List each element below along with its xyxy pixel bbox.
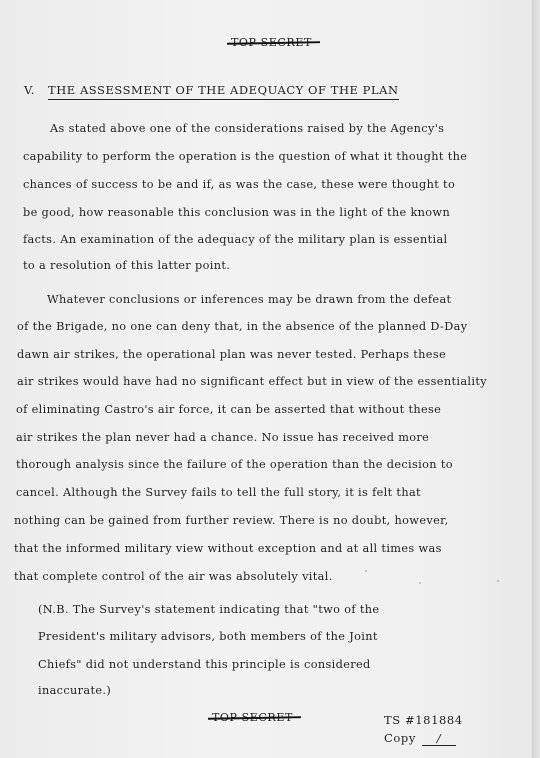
- paragraph-line: cancel. Although the Survey fails to tel…: [16, 486, 421, 500]
- copy-line: Copy/: [384, 731, 456, 746]
- copy-number: /: [422, 732, 456, 746]
- paragraph-line: chances of success to be and if, as was …: [23, 178, 455, 192]
- paragraph-line: that complete control of the air was abs…: [14, 570, 333, 584]
- section-number: V.: [24, 83, 35, 97]
- paragraph-line: As stated above one of the consideration…: [50, 122, 444, 136]
- paragraph-line: Whatever conclusions or inferences may b…: [47, 293, 451, 307]
- paragraph-line: that the informed military view without …: [14, 542, 442, 556]
- page-edge: [532, 0, 540, 758]
- note-line: President's military advisors, both memb…: [38, 630, 378, 644]
- classification-bottom: TOP SECRET: [212, 711, 293, 724]
- section-title: THE ASSESSMENT OF THE ADEQUACY OF THE PL…: [48, 83, 399, 100]
- paragraph-line: facts. An examination of the adequacy of…: [23, 233, 448, 247]
- paragraph-line: nothing can be gained from further revie…: [14, 514, 449, 528]
- paragraph-line: of eliminating Castro's air force, it ca…: [16, 403, 441, 417]
- paragraph-line: thorough analysis since the failure of t…: [16, 458, 453, 472]
- note-line: inaccurate.): [38, 684, 111, 698]
- paragraph-line: dawn air strikes, the operational plan w…: [17, 348, 446, 362]
- scan-speck: [419, 582, 421, 584]
- paragraph-line: to a resolution of this latter point.: [23, 259, 230, 273]
- document-page: TOP SECRET V. THE ASSESSMENT OF THE ADEQ…: [0, 0, 540, 758]
- paragraph-line: be good, how reasonable this conclusion …: [23, 206, 450, 220]
- note-line: (N.B. The Survey's statement indicating …: [38, 603, 379, 617]
- paragraph-line: of the Brigade, no one can deny that, in…: [17, 320, 467, 334]
- copy-label: Copy: [384, 731, 416, 745]
- note-line: Chiefs" did not understand this principl…: [38, 658, 371, 672]
- ts-number: TS #181884: [384, 713, 463, 727]
- paragraph-line: capability to perform the operation is t…: [23, 150, 467, 164]
- paragraph-line: air strikes would have had no significan…: [17, 375, 487, 389]
- classification-top: TOP SECRET: [231, 36, 312, 49]
- scan-speck: [365, 570, 367, 572]
- scan-speck: [497, 580, 499, 582]
- paragraph-line: air strikes the plan never had a chance.…: [16, 431, 429, 445]
